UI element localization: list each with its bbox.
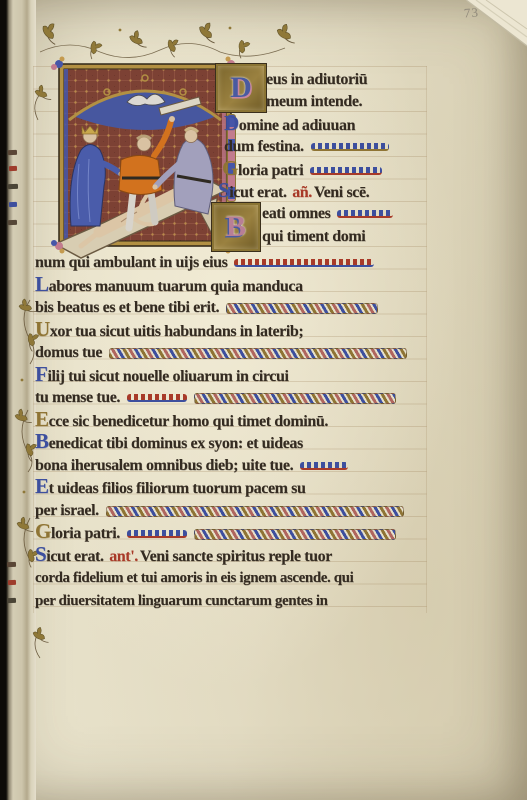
text-line: corda fidelium et tui amoris in eis igne…: [35, 568, 353, 588]
line-text: bis beatus es et bene tibi erit.: [35, 299, 219, 316]
text-line: bona iherusalem omnibus dieb; uite tue.: [35, 456, 348, 476]
line-text: xor tua sicut uitis habundans in laterib…: [50, 323, 304, 340]
text-line: num qui ambulant in uijs eius: [35, 253, 374, 273]
pen-initial: F: [35, 362, 47, 386]
pen-initial: E: [35, 474, 49, 498]
text-line: Benedicat tibi dominus ex syon: et uidea…: [35, 433, 303, 454]
line-text: omine ad adiuuan: [239, 117, 355, 134]
line-text: cce sic benedicetur homo qui timet domin…: [49, 413, 328, 430]
text-line: Sicut erat. ant'.Veni sancte spiritus re…: [35, 546, 332, 567]
pen-initial: G: [35, 519, 51, 543]
pen-initial: L: [35, 272, 49, 296]
line-text: eus in adiutoriū: [266, 71, 367, 88]
martyrdom-miniature: [59, 64, 231, 246]
pen-initial: D: [224, 111, 239, 135]
line-text: loria patri.: [51, 525, 120, 542]
line-filler: [194, 529, 396, 540]
pen-initial: S: [35, 542, 46, 566]
line-text: per diuersitatem linguarum cunctarum gen…: [35, 593, 328, 609]
text-line: qui timent domi: [262, 227, 365, 247]
line-filler: [127, 530, 187, 538]
line-text: tu mense tue.: [35, 389, 120, 406]
manuscript-photo: 73: [0, 0, 527, 800]
pen-initial: S: [218, 178, 229, 202]
line-text: Veni sancte spiritus reple tuor: [140, 548, 332, 565]
line-text: ilij tui sicut nouelle oliuarum in circu…: [47, 368, 288, 385]
line-text: corda fidelium et tui amoris in eis igne…: [35, 570, 353, 586]
line-text: loria patri: [238, 162, 303, 179]
line-text: enedicat tibi dominus ex syon: et uideas: [49, 435, 303, 452]
text-line: Uxor tua sicut uitis habundans in lateri…: [35, 321, 303, 342]
line-text: icut erat.: [229, 184, 286, 201]
line-text: Veni scē.: [314, 184, 369, 201]
line-filler: [106, 506, 404, 517]
text-line: per diuersitatem linguarum cunctarum gen…: [35, 591, 328, 611]
text-line: Sicut erat. añ.Veni scē.: [218, 182, 369, 203]
text-line: Gloria patri: [222, 160, 382, 181]
line-filler: [311, 143, 389, 151]
versal-initial-b: B: [212, 203, 260, 251]
line-text: eati omnes: [262, 205, 330, 222]
line-filler: [234, 259, 374, 267]
text-line: Domine ad adiuuan: [224, 115, 355, 136]
line-filler: [300, 462, 348, 470]
text-line: tu mense tue.: [35, 388, 396, 408]
line-filler: [337, 210, 393, 218]
versal-initial-d: D: [216, 64, 266, 112]
text-line: domus tue: [35, 343, 407, 363]
text-line: dum festina.: [224, 137, 389, 157]
pen-initial: G: [222, 156, 238, 180]
line-text: t uideas filios filiorum tuorum pacem su: [49, 480, 306, 497]
line-filler: [310, 167, 382, 175]
line-filler: [226, 303, 378, 314]
text-line: Gloria patri.: [35, 523, 396, 544]
rubric: ant'.: [107, 548, 140, 565]
text-line: bis beatus es et bene tibi erit.: [35, 298, 378, 318]
text-line: Labores manuum tuarum quia manduca: [35, 276, 303, 297]
line-text: abores manuum tuarum quia manduca: [49, 278, 303, 295]
pen-initial: B: [35, 429, 49, 453]
line-text: dum festina.: [224, 138, 304, 155]
text-line: eus in adiutoriū: [266, 70, 367, 90]
text-line: eati omnes: [262, 204, 393, 224]
line-text: bona iherusalem omnibus dieb; uite tue.: [35, 457, 293, 474]
rubric: añ.: [290, 184, 314, 201]
line-filler: [194, 393, 396, 404]
line-text: per israel.: [35, 502, 99, 519]
text-line: Et uideas filios filiorum tuorum pacem s…: [35, 478, 306, 499]
line-text: icut erat.: [46, 548, 103, 565]
text-line: Filij tui sicut nouelle oliuarum in circ…: [35, 366, 289, 387]
line-text: meum intende.: [266, 93, 362, 110]
text-line: meum intende.: [266, 92, 362, 112]
line-filler: [109, 348, 407, 359]
text-line: Ecce sic benedicetur homo qui timet domi…: [35, 411, 328, 432]
pen-initial: E: [35, 407, 49, 431]
pen-initial: U: [35, 317, 50, 341]
line-filler: [127, 394, 187, 402]
line-text: domus tue: [35, 344, 102, 361]
line-text: num qui ambulant in uijs eius: [35, 254, 227, 271]
line-text: qui timent domi: [262, 228, 365, 245]
text-line: per israel.: [35, 501, 404, 521]
